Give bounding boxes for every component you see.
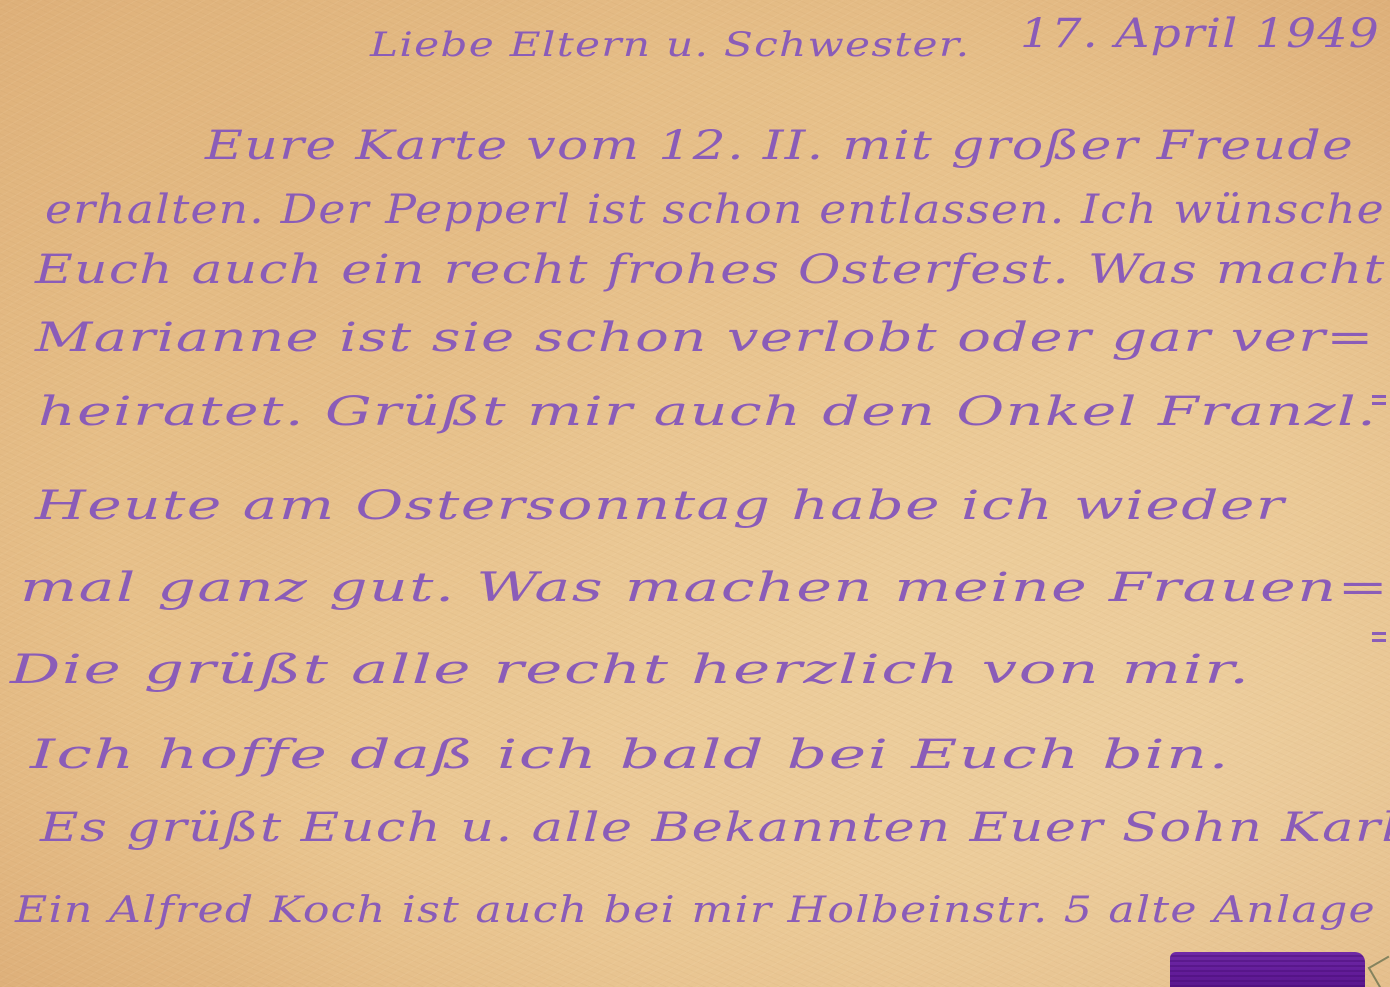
body-line: Marianne ist sie schon verlobt oder gar … <box>35 318 1375 358</box>
postscript-line: Ein Alfred Koch ist auch bei mir Holbein… <box>15 893 1376 929</box>
body-line: Die grüßt alle recht herzlich von mir. <box>10 650 1251 690</box>
greeting-line: Liebe Eltern u. Schwester. <box>370 28 970 62</box>
date-line: 17. April 1949 <box>1020 14 1380 54</box>
body-line: erhalten. Der Pepperl ist schon entlasse… <box>45 190 1385 230</box>
body-line: Eure Karte vom 12. II. mit großer Freude <box>205 126 1354 166</box>
censor-ink-blot <box>1170 952 1365 987</box>
postcard: Liebe Eltern u. Schwester. 17. April 194… <box>0 0 1390 987</box>
body-line: mal ganz gut. Was machen meine Frauen= <box>20 568 1389 608</box>
body-line: Heute am Ostersonntag habe ich wieder <box>35 486 1285 526</box>
body-line: Ich hoffe daß ich bald bei Euch bin. <box>30 735 1230 775</box>
body-line: heiratet. Grüßt mir auch den Onkel Franz… <box>38 392 1377 432</box>
line-break-hyphen-mark <box>1372 395 1386 398</box>
signature-line: Es grüßt Euch u. alle Bekannten Euer Soh… <box>40 808 1390 848</box>
body-line: Euch auch ein recht frohes Osterfest. Wa… <box>35 250 1386 290</box>
pencil-corner-mark <box>1368 956 1390 987</box>
line-break-hyphen-mark <box>1372 632 1386 635</box>
